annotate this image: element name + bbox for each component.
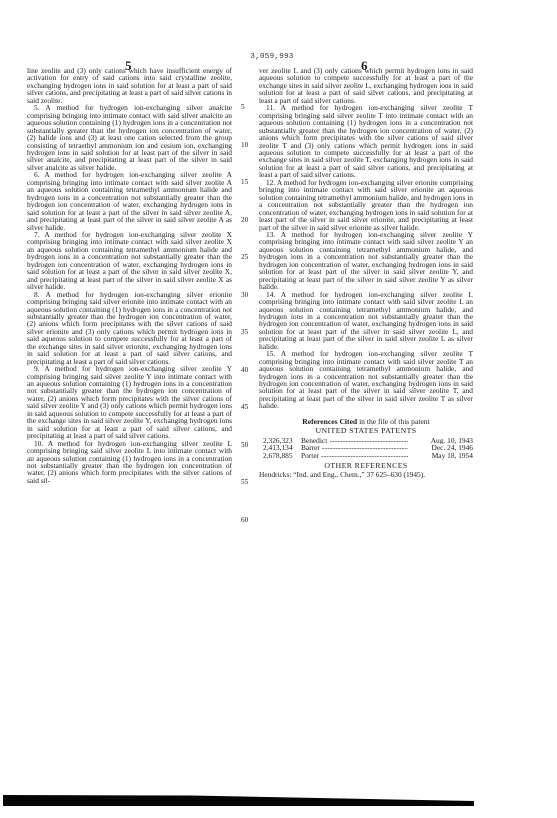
- left-column: line zeolite and (3) only cations which …: [27, 67, 232, 484]
- references-title-rest: in the file of this patent: [357, 417, 430, 426]
- line-number: 5: [241, 103, 245, 111]
- reference-date: May 18, 1954: [408, 452, 473, 460]
- claim-13: 13. A method for hydrogen ion-exchanging…: [259, 231, 473, 291]
- references-section: References Cited in the file of this pat…: [259, 418, 473, 479]
- claim-12: 12. A method for hydrogen ion-exchanging…: [259, 179, 473, 231]
- line-number: 60: [241, 516, 248, 524]
- line-number: 20: [241, 216, 248, 224]
- scan-edge-bar: [3, 795, 474, 806]
- us-patents-heading: UNITED STATES PATENTS: [259, 427, 473, 434]
- continuation-text: line zeolite and (3) only cations which …: [27, 67, 232, 104]
- references-title-bold: References Cited: [302, 417, 357, 426]
- reference-name: Porter: [301, 452, 408, 460]
- reference-number: 2,678,885: [259, 452, 301, 460]
- line-number: 25: [241, 253, 248, 261]
- claim-10: 10. A method for hydrogen ion-exchanging…: [27, 440, 232, 485]
- line-number: 10: [241, 141, 248, 149]
- reference-name: Barrer: [301, 444, 408, 452]
- line-number: 30: [241, 291, 248, 299]
- claim-11: 11. A method for hydrogen ion-exchanging…: [259, 104, 473, 179]
- patent-number: 3,059,993: [242, 53, 302, 61]
- other-reference: Hendricks: “Ind. and Eng., Chem.,” 37 62…: [259, 471, 473, 478]
- right-column: ver zeolite L and (3) only cations which…: [259, 67, 473, 478]
- claim-8: 8. A method for hydrogen ion-exchanging …: [27, 291, 232, 366]
- line-number: 15: [241, 178, 248, 186]
- other-references-heading: OTHER REFERENCES: [259, 462, 473, 469]
- claim-6: 6. A method for hydrogen ion-exchanging …: [27, 171, 232, 231]
- claim-5: 5. A method for hydrogen ion-exchanging …: [27, 104, 232, 171]
- claim-7: 7. A method for hydrogen ion-exchanging …: [27, 231, 232, 291]
- line-number: 40: [241, 366, 248, 374]
- claim-15: 15. A method for hydrogen ion-exchanging…: [259, 350, 473, 410]
- line-number: 50: [241, 441, 248, 449]
- continuation-text: ver zeolite L and (3) only cations which…: [259, 67, 473, 104]
- reference-row: 2,678,885 Porter May 18, 1954: [259, 452, 473, 460]
- claim-9: 9. A method for hydrogen ion-exchanging …: [27, 365, 232, 440]
- line-number: 35: [241, 328, 248, 336]
- line-number: 45: [241, 403, 248, 411]
- line-number: 55: [241, 478, 248, 486]
- references-title: References Cited in the file of this pat…: [259, 418, 473, 425]
- reference-name: Benedict: [301, 437, 408, 445]
- claim-14: 14. A method for hydrogen ion-exchanging…: [259, 291, 473, 351]
